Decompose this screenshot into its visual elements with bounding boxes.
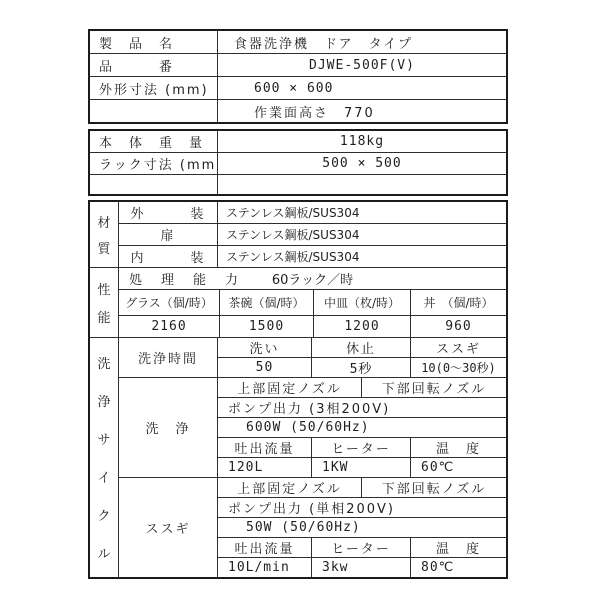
material-interior-value: ステンレス鋼板/SUS304 — [218, 246, 506, 267]
rinse-flow-header: 吐出流量 — [218, 538, 312, 557]
wash-cycle-char: サ — [97, 429, 110, 448]
material-door-label: 扉 — [119, 224, 218, 245]
rinse-pump-output: ポンプ出力 (単相200V) — [218, 498, 506, 517]
spec-table-details: 材 質 外 装 ステンレス鋼板/SUS304 扉 ステンレス鋼板/SUS304 … — [88, 200, 508, 579]
capacity-glass-header: グラス（個/時） — [119, 290, 220, 315]
material-interior-label: 内 装 — [119, 246, 218, 267]
rinse-power: 50W (50/60Hz) — [218, 518, 506, 537]
material-exterior-value: ステンレス鋼板/SUS304 — [218, 202, 506, 223]
rinse-heater-value: 3kw — [312, 558, 411, 577]
wash-label: 洗 浄 — [119, 378, 218, 477]
table-row: 上部固定ノズル 下部回転ノズル — [218, 378, 506, 397]
table-row: 製 品 名 食器洗浄機 ドア タイプ — [90, 31, 506, 53]
capacity-plate-header: 中皿（枚/時） — [314, 290, 411, 315]
wash-cycle-char: イ — [97, 467, 110, 486]
wash-time-rinse-value: 10(0～30秒) — [411, 358, 506, 377]
capacity-teacup-header: 茶碗（個/時） — [220, 290, 314, 315]
capacity-glass-value: 2160 — [119, 316, 220, 337]
outer-dimensions-label: 外形寸法 (mm) — [90, 77, 218, 99]
body-weight-value: 118kg — [218, 131, 506, 152]
table-row: 処 理 能 力 60ラック／時 — [119, 268, 506, 289]
table-row: 120L 1KW 60℃ — [218, 457, 506, 477]
performance-section-label: 性 能 — [90, 268, 119, 337]
wash-time-subsection: 洗浄時間 洗い 休止 ススギ 50 5秒 10(0～30秒) — [119, 338, 506, 377]
outer-dimensions-value: 600 × 600 — [218, 77, 506, 99]
rinse-lower-nozzle: 下部回転ノズル — [362, 478, 506, 497]
wash-grid: 上部固定ノズル 下部回転ノズル ポンプ出力 (3相200V) 600W (50/… — [218, 378, 506, 477]
spec-table-body: 本 体 重 量 118kg ラック寸法 (mm) 500 × 500 — [88, 129, 508, 196]
rack-size-value: 500 × 500 — [218, 153, 506, 174]
wash-subsection: 洗 浄 上部固定ノズル 下部回転ノズル ポンプ出力 (3相200V) 600W … — [119, 377, 506, 477]
wash-pump-output: ポンプ出力 (3相200V) — [218, 398, 506, 417]
table-row: 吐出流量 ヒーター 温 度 — [218, 537, 506, 557]
material-exterior-label: 外 装 — [119, 202, 218, 223]
processing-capacity-cell: 処 理 能 力 60ラック／時 — [119, 268, 506, 289]
rinse-flow-value: 10L/min — [218, 558, 312, 577]
wash-time-rinse-header: ススギ — [411, 338, 506, 357]
rinse-subsection: ススギ 上部固定ノズル 下部回転ノズル ポンプ出力 (単相200V) 50W (… — [119, 477, 506, 577]
empty-label-cell — [90, 175, 218, 194]
table-row: 50 5秒 10(0～30秒) — [218, 357, 506, 377]
rack-size-label: ラック寸法 (mm) — [90, 153, 218, 174]
wash-flow-value: 120L — [218, 458, 312, 477]
material-section: 材 質 外 装 ステンレス鋼板/SUS304 扉 ステンレス鋼板/SUS304 … — [90, 202, 506, 267]
wash-time-pause-value: 5秒 — [312, 358, 411, 377]
performance-char: 性 — [97, 279, 110, 298]
wash-upper-nozzle: 上部固定ノズル — [218, 378, 362, 397]
rinse-upper-nozzle: 上部固定ノズル — [218, 478, 362, 497]
model-number-label: 品 番 — [90, 54, 218, 76]
table-row: 外形寸法 (mm) 600 × 600 — [90, 76, 506, 99]
empty-value-cell — [218, 175, 506, 194]
wash-time-wash-header: 洗い — [218, 338, 312, 357]
rinse-grid: 上部固定ノズル 下部回転ノズル ポンプ出力 (単相200V) 50W (50/6… — [218, 478, 506, 577]
wash-temp-value: 60℃ — [411, 458, 506, 477]
wash-flow-header: 吐出流量 — [218, 438, 312, 457]
table-row: 上部固定ノズル 下部回転ノズル — [218, 478, 506, 497]
rinse-label: ススギ — [119, 478, 218, 577]
table-row — [90, 174, 506, 194]
table-row: ポンプ出力 (3相200V) — [218, 397, 506, 417]
processing-capacity-label: 処 理 能 力 — [129, 269, 241, 288]
wash-time-label: 洗浄時間 — [119, 338, 218, 377]
model-number-value: DJWE-500F(V) — [218, 54, 506, 76]
rinse-temp-value: 80℃ — [411, 558, 506, 577]
wash-cycle-char: 洗 — [97, 353, 110, 372]
wash-cycle-rows: 洗浄時間 洗い 休止 ススギ 50 5秒 10(0～30秒) — [119, 338, 506, 577]
material-door-value: ステンレス鋼板/SUS304 — [218, 224, 506, 245]
wash-time-wash-value: 50 — [218, 358, 312, 377]
performance-rows: 処 理 能 力 60ラック／時 グラス（個/時） 茶碗（個/時） 中皿（枚/時）… — [119, 268, 506, 337]
table-row: 吐出流量 ヒーター 温 度 — [218, 437, 506, 457]
wash-cycle-char: 浄 — [97, 391, 110, 410]
table-row: 50W (50/60Hz) — [218, 517, 506, 537]
wash-power: 600W (50/60Hz) — [218, 418, 506, 437]
wash-heater-header: ヒーター — [312, 438, 411, 457]
spec-sheet: 製 品 名 食器洗浄機 ドア タイプ 品 番 DJWE-500F(V) 外形寸法… — [88, 29, 508, 579]
product-name-label: 製 品 名 — [90, 31, 218, 53]
capacity-plate-value: 1200 — [314, 316, 411, 337]
material-char: 材 — [97, 212, 110, 231]
wash-time-grid: 洗い 休止 ススギ 50 5秒 10(0～30秒) — [218, 338, 506, 377]
product-name-value: 食器洗浄機 ドア タイプ — [218, 31, 506, 53]
table-row: 600W (50/60Hz) — [218, 417, 506, 437]
table-row: 洗い 休止 ススギ — [218, 338, 506, 357]
table-row: 2160 1500 1200 960 — [119, 315, 506, 337]
rinse-heater-header: ヒーター — [312, 538, 411, 557]
body-weight-label: 本 体 重 量 — [90, 131, 218, 152]
table-row: 本 体 重 量 118kg — [90, 131, 506, 152]
wash-time-pause-header: 休止 — [312, 338, 411, 357]
capacity-bowl-value: 960 — [411, 316, 506, 337]
table-row: 作業面高さ 770 — [90, 99, 506, 122]
spec-table-general: 製 品 名 食器洗浄機 ドア タイプ 品 番 DJWE-500F(V) 外形寸法… — [88, 29, 508, 124]
material-rows: 外 装 ステンレス鋼板/SUS304 扉 ステンレス鋼板/SUS304 内 装 … — [119, 202, 506, 267]
wash-cycle-char: ル — [97, 543, 110, 562]
table-row: 外 装 ステンレス鋼板/SUS304 — [119, 202, 506, 223]
table-row: ポンプ出力 (単相200V) — [218, 497, 506, 517]
table-row: ラック寸法 (mm) 500 × 500 — [90, 152, 506, 174]
work-surface-height-value: 作業面高さ 770 — [218, 100, 506, 122]
wash-heater-value: 1KW — [312, 458, 411, 477]
table-row: グラス（個/時） 茶碗（個/時） 中皿（枚/時） 丼 （個/時） — [119, 289, 506, 315]
capacity-bowl-header: 丼 （個/時） — [411, 290, 506, 315]
performance-section: 性 能 処 理 能 力 60ラック／時 グラス（個/時） 茶碗（個/時） 中皿（… — [90, 267, 506, 337]
material-char: 質 — [97, 238, 110, 257]
table-row: 内 装 ステンレス鋼板/SUS304 — [119, 245, 506, 267]
empty-label-cell — [90, 100, 218, 122]
capacity-teacup-value: 1500 — [220, 316, 314, 337]
processing-capacity-value: 60ラック／時 — [272, 269, 353, 288]
wash-lower-nozzle: 下部回転ノズル — [362, 378, 506, 397]
wash-cycle-section: 洗 浄 サ イ ク ル 洗浄時間 洗い 休止 ススギ — [90, 337, 506, 577]
table-row: 扉 ステンレス鋼板/SUS304 — [119, 223, 506, 245]
performance-char: 能 — [97, 307, 110, 326]
material-section-label: 材 質 — [90, 202, 119, 267]
table-row: 品 番 DJWE-500F(V) — [90, 53, 506, 76]
rinse-temp-header: 温 度 — [411, 538, 506, 557]
wash-temp-header: 温 度 — [411, 438, 506, 457]
wash-cycle-char: ク — [97, 505, 110, 524]
wash-cycle-section-label: 洗 浄 サ イ ク ル — [90, 338, 119, 577]
table-row: 10L/min 3kw 80℃ — [218, 557, 506, 577]
